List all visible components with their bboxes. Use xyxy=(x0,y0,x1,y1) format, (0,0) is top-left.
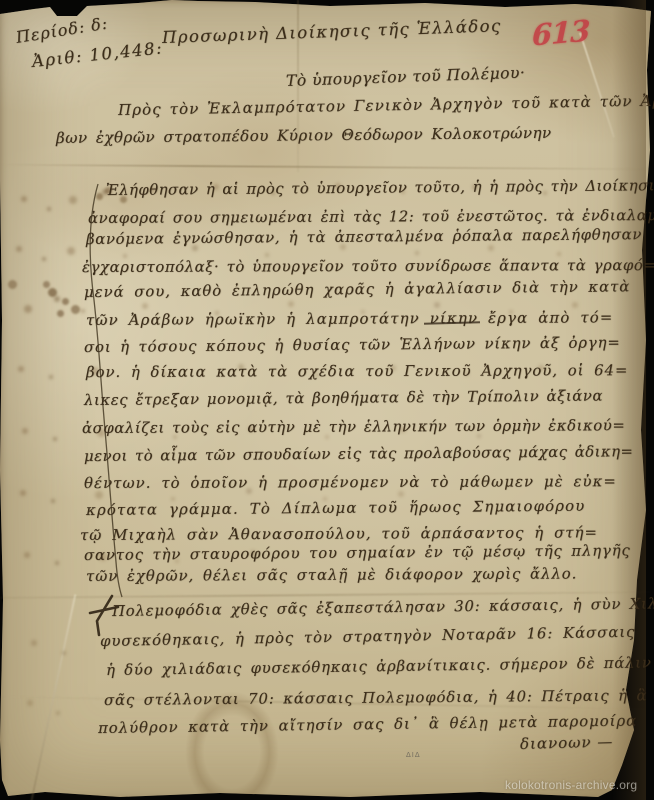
scanned-letter-page: Περίοδ: δ: Ἀριθ: 10,448: 613 Προσωρινὴ Δ… xyxy=(0,0,654,800)
body-line: τῶν ἐχθρῶν, θέλει σᾶς σταλῇ μὲ διάφορον … xyxy=(86,565,577,585)
body-line: ἀναφοραί σου σημειωμέναι ἐπὶ τὰς 12: τοῦ… xyxy=(88,207,654,227)
body-line: βον. ἡ δίκαια κατὰ τὰ σχέδια τοῦ Γενικοῦ… xyxy=(86,362,628,381)
body-line: τῶν Ἀράβων ἡρωϊκὴν ἡ λαμπροτάτην νίκην ἔ… xyxy=(86,309,614,329)
body-line: θέντων. τὸ ὁποῖον ἡ προσμένομεν νὰ τὸ μά… xyxy=(84,473,617,492)
archive-watermark: kolokotronis-archive.org xyxy=(505,778,637,792)
body-line: ἀσφαλίζει τοὺς εἰς αὐτὴν μὲ τὴν ἑλληνική… xyxy=(82,417,625,437)
body-line: ἐγχαριστοπόλαξ· τὸ ὑπουργεῖον τοῦτο συνί… xyxy=(82,257,654,276)
ink-blot-stains xyxy=(0,0,5,5)
body-line: τῷ Μιχαὴλ σὰν Ἀθανασοπούλου, τοῦ ἁρπάσαν… xyxy=(80,524,598,544)
pencil-annotation: ΔΙΔ xyxy=(406,751,421,759)
red-folio-number: 613 xyxy=(532,13,590,52)
closing-line: διανοων — xyxy=(520,733,614,753)
right-edge-shadow xyxy=(612,0,646,800)
